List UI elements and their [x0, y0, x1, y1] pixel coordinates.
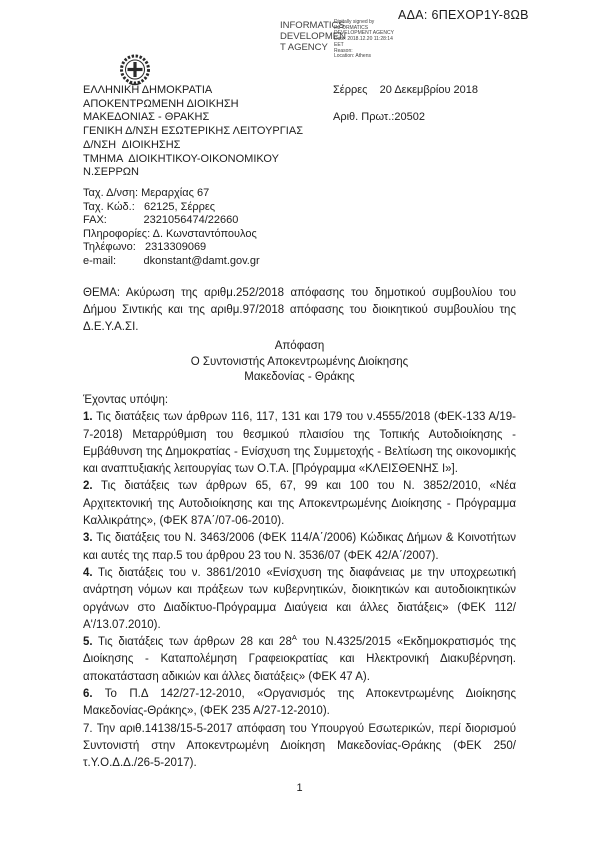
decision-region-line: Μακεδονίας - Θράκης [83, 370, 516, 386]
considerations-intro: Έχοντας υπόψη: [83, 392, 516, 409]
list-item-3: 3. Τις διατάξεις του Ν. 3463/2006 (ΦΕΚ 1… [83, 530, 516, 565]
list-item-6: 6. Το Π.Δ 142/27-12-2010, «Οργανισμός τη… [83, 686, 516, 721]
subject-label: ΘΕΜΑ: [83, 287, 120, 299]
list-item-5: 5. Τις διατάξεις των άρθρων 28 και 28Α τ… [83, 634, 516, 686]
item-text: Τις διατάξεις των άρθρων 65, 67, 99 και … [83, 480, 516, 527]
item-number: 5. [83, 636, 93, 648]
decision-authority-line: Ο Συντονιστής Αποκεντρωμένης Διοίκησης [83, 355, 516, 371]
protocol-number: Αριθ. Πρωτ.:20502 [333, 111, 425, 125]
item-number: 1. [83, 411, 93, 423]
item-text: Τις διατάξεις του ν. 3861/2010 «Ενίσχυση… [83, 567, 516, 631]
legal-considerations: Έχοντας υπόψη: 1. Τις διατάξεις των άρθρ… [83, 392, 516, 773]
item-text: Τις διατάξεις των άρθρων 28 και 28 [93, 636, 292, 648]
item-text: Το Π.Δ 142/27-12-2010, «Οργανισμός της Α… [83, 688, 516, 717]
document-page: { "ada": { "code_line": "ΑΔΑ: 6ΠΕΧΟΡ1Υ-8… [0, 0, 595, 842]
item-number: 3. [83, 532, 93, 544]
list-item-1: 1. Τις διατάξεις των άρθρων 116, 117, 13… [83, 409, 516, 478]
item-text: Τις διατάξεις του Ν. 3463/2006 (ΦΕΚ 114/… [83, 532, 516, 561]
item-text: Τις διατάξεις των άρθρων 116, 117, 131 κ… [83, 411, 516, 475]
list-item-4: 4. Τις διατάξεις του ν. 3861/2010 «Ενίσχ… [83, 565, 516, 634]
subject-paragraph: ΘΕΜΑ: Ακύρωση της αριθμ.252/2018 απόφαση… [83, 285, 516, 336]
item-number: 2. [83, 480, 93, 492]
page-number: 1 [83, 782, 516, 794]
contact-info-block: Ταχ. Δ/νση: Μεραρχίας 67 Ταχ. Κώδ.: 6212… [83, 187, 260, 269]
item-number: 6. [83, 688, 93, 700]
decision-title: Απόφαση [83, 339, 516, 355]
list-item-2: 2. Τις διατάξεις των άρθρων 65, 67, 99 κ… [83, 478, 516, 530]
list-item-7: 7. Την αριθ.14138/15-5-2017 απόφαση του … [83, 721, 516, 773]
agency-header-block: ΕΛΛΗΝΙΚΗ ΔΗΜΟΚΡΑΤΙΑ ΑΠΟΚΕΝΤΡΩΜΕΝΗ ΔΙΟΙΚΗ… [83, 84, 303, 180]
item-number: 7. [83, 723, 93, 735]
decision-heading: Απόφαση Ο Συντονιστής Αποκεντρωμένης Διο… [83, 339, 516, 386]
subject-text: Ακύρωση της αριθμ.252/2018 απόφασης του … [83, 287, 516, 333]
digital-signature-agency: INFORMATICS DEVELOPMEN T AGENCY [280, 20, 338, 53]
digital-signature-details: Digitally signed by INFORMATICS DEVELOPM… [334, 20, 424, 60]
city-date-line: Σέρρες 20 Δεκεμβρίου 2018 [333, 84, 478, 98]
item-text: Την αριθ.14138/15-5-2017 απόφαση του Υπο… [83, 723, 516, 770]
item-number: 4. [83, 567, 93, 579]
